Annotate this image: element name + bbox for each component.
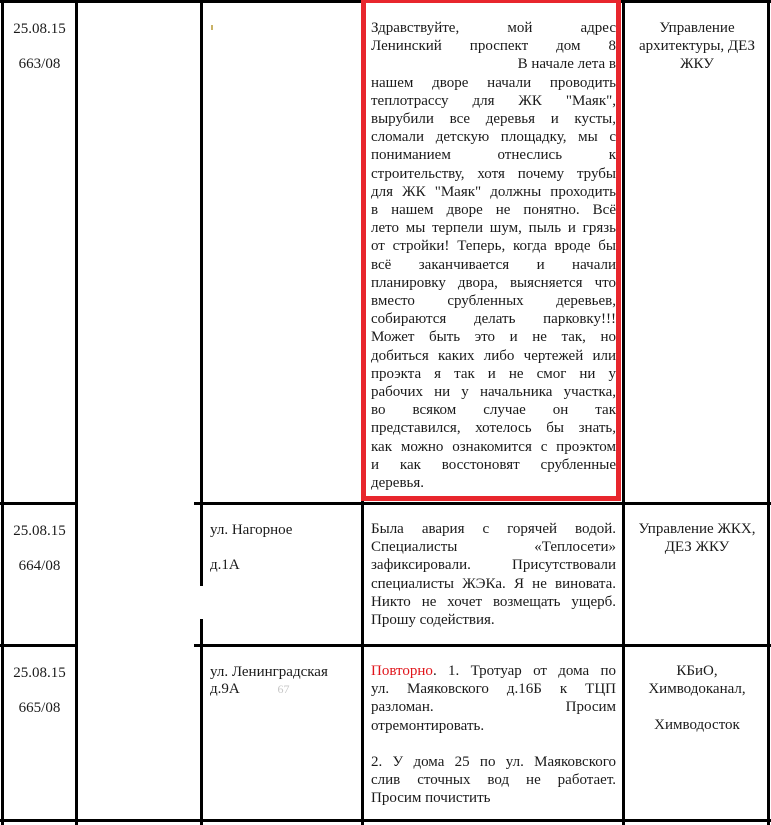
text-line: зафиксировали. Присутствовали bbox=[371, 556, 616, 574]
faded-fragment: 67 bbox=[277, 682, 289, 696]
complaint-text-cell: Была авария с горячей водой.Специалисты … bbox=[371, 520, 616, 629]
text-line: слив сточных вод не работает. bbox=[371, 771, 616, 789]
text-line: Просим почистить bbox=[371, 789, 616, 807]
row-reg-number: 664/08 bbox=[3, 557, 76, 575]
complaint-text-cell: Повторно. 1. Тротуар от дома поул. Маяко… bbox=[371, 662, 616, 807]
grid-vline-2a bbox=[200, 0, 203, 586]
complaint-text: Была авария с горячей водой.Специалисты … bbox=[371, 520, 616, 629]
responsible-line: Химводосток bbox=[626, 716, 768, 734]
responsible-cell: Управление ЖКХ, ДЕЗ ЖКУ bbox=[626, 520, 768, 556]
responsible-spacer bbox=[626, 698, 768, 716]
text-line: Никто не хочет возмещать ущерб. bbox=[371, 593, 616, 611]
complaint-paragraph-1: Повторно. 1. Тротуар от дома поул. Маяко… bbox=[371, 662, 616, 735]
scan-artifact bbox=[211, 25, 213, 30]
address-cell: ул. Нагорное д.1А bbox=[210, 521, 375, 574]
row-reg-number: 663/08 bbox=[3, 55, 76, 73]
responsible-line: ДЕЗ ЖКУ bbox=[626, 538, 768, 556]
highlight-box bbox=[361, 0, 621, 501]
grid-hline-r3 bbox=[0, 819, 771, 822]
text-line: Повторно. 1. Тротуар от дома по bbox=[371, 662, 616, 680]
address-street: ул. Нагорное bbox=[210, 521, 375, 539]
row-date: 25.08.15 bbox=[3, 20, 76, 38]
complaint-paragraph-2: 2. У дома 25 по ул. Маяковскогослив сточ… bbox=[371, 753, 616, 808]
row-number-cell: 25.08.15 665/08 bbox=[3, 646, 76, 717]
address-cell: ул. Ленинградская д.9А 67 bbox=[210, 664, 375, 698]
text-line: отремонтировать. bbox=[371, 717, 616, 735]
address-house: д.1А bbox=[210, 556, 375, 574]
grid-vline-4 bbox=[622, 0, 625, 825]
responsible-line: Управление bbox=[626, 19, 768, 37]
responsible-cell: КБиО, Химводоканал, Химводосток bbox=[626, 662, 768, 735]
text-line: специалисты ЖЭКа. Я не виновата. bbox=[371, 575, 616, 593]
repeat-marker: Повторно bbox=[371, 663, 433, 679]
grid-vline-2b bbox=[200, 619, 203, 825]
text-line: Была авария с горячей водой. bbox=[371, 520, 616, 538]
responsible-line: Управление ЖКХ, bbox=[626, 520, 768, 538]
text-line: ул. Маяковского д.16Б к ТЦП bbox=[371, 680, 616, 698]
row-date: 25.08.15 bbox=[3, 664, 76, 682]
responsible-line: Химводоканал, bbox=[626, 680, 768, 698]
text-line: 2. У дома 25 по ул. Маяковского bbox=[371, 753, 616, 771]
address-house: д.9А 67 bbox=[210, 681, 375, 698]
responsible-cell: Управление архитектуры, ДЕЗ ЖКУ bbox=[626, 19, 768, 74]
address-street: ул. Ленинградская bbox=[210, 664, 375, 681]
row-number-cell: 25.08.15 663/08 bbox=[3, 2, 76, 73]
responsible-line: ЖКУ bbox=[626, 55, 768, 73]
row-reg-number: 665/08 bbox=[3, 699, 76, 717]
row-number-cell: 25.08.15 664/08 bbox=[3, 504, 76, 575]
row-date: 25.08.15 bbox=[3, 522, 76, 540]
text-line: разломан. Просим bbox=[371, 698, 616, 716]
responsible-line: архитектуры, ДЕЗ bbox=[626, 37, 768, 55]
grid-hline-r1-right bbox=[194, 502, 771, 505]
text-line: Специалисты «Теплосети» bbox=[371, 538, 616, 556]
responsible-line: КБиО, bbox=[626, 662, 768, 680]
text-line: Прошу содействия. bbox=[371, 611, 616, 629]
grid-hline-r2-right bbox=[194, 644, 771, 647]
